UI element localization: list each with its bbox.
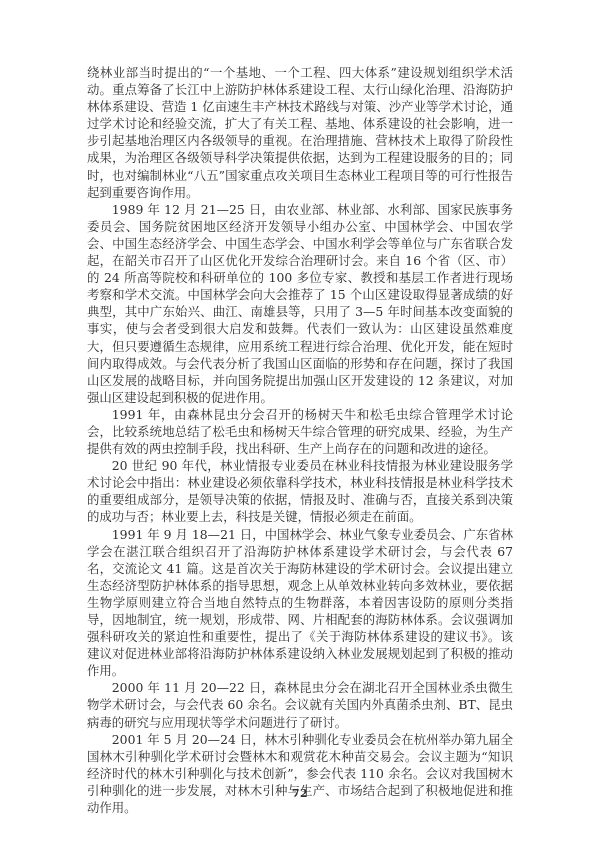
paragraph: 绕林业部当时提出的“一个基地、一个工程、四大体系”建设规划组织学术活动。重点筹备…	[87, 64, 513, 201]
page-footer: 72	[0, 782, 600, 801]
document-page: 绕林业部当时提出的“一个基地、一个工程、四大体系”建设规划组织学术活动。重点筹备…	[0, 0, 600, 848]
paragraph: 2001 年 5 月 20—24 日，林木引种驯化专业委员会在杭州举办第九届全国…	[87, 731, 513, 816]
paragraph: 1991 年，由森林昆虫分会召开的杨树天牛和松毛虫综合管理学术讨论会，比较系统地…	[87, 406, 513, 457]
paragraph: 2000 年 11 月 20—22 日，森林昆虫分会在湖北召开全国林业杀虫微生物…	[87, 679, 513, 730]
paragraph: 20 世纪 90 年代，林业情报专业委员在林业科技情报为林业建设服务学术讨论会中…	[87, 457, 513, 525]
text-block: 绕林业部当时提出的“一个基地、一个工程、四大体系”建设规划组织学术活动。重点筹备…	[87, 64, 513, 816]
paragraph: 1991 年 9 月 18—21 日，中国林学会、林业气象专业委员会、广东省林学…	[87, 526, 513, 680]
paragraph: 1989 年 12 月 21—25 日，由农业部、林业部、水利部、国家民族事务委…	[87, 201, 513, 406]
page-number: 72	[292, 787, 308, 800]
